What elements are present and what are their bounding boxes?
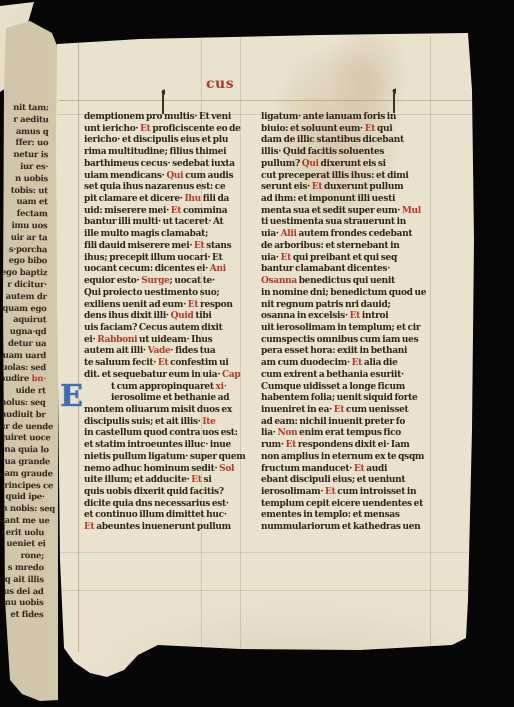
manuscript-line: nu uobis — [0, 598, 44, 610]
manuscript-line: pit clamare et dicere· Ihu fili da — [84, 194, 256, 206]
ruling-line-horizontal — [58, 590, 468, 591]
manuscript-line: ur de uende — [0, 421, 45, 433]
manuscript-line: autem ait illi· Vade· fides tua — [84, 346, 256, 358]
manuscript-line: rima multitudine; filius thimei — [84, 147, 256, 159]
manuscript-line: detur ua — [0, 339, 46, 351]
manuscript-line: non amplius in eternum ex te qsqm — [261, 452, 433, 464]
text-column-right: ligatum· ante ianuam foris inbiuio: et s… — [261, 112, 433, 534]
manuscript-line: uia· Et qui preibant et qui seq — [261, 253, 433, 265]
manuscript-line: nietis pullum ligatum· super quem — [84, 452, 256, 464]
manuscript-line: montem oliuarum misit duos ex — [84, 405, 256, 417]
manuscript-line: quid ipe· — [0, 492, 45, 504]
manuscript-line: rum· Et respondens dixit ei· Iam — [261, 440, 433, 452]
running-title: cus — [206, 76, 250, 92]
manuscript-line: ligatum· ante ianuam foris in — [261, 112, 433, 124]
manuscript-line: fructum manducet· Et audi — [261, 464, 433, 476]
manuscript-line: biuio: et soluunt eum· Et qui — [261, 124, 433, 136]
manuscript-line: uit ierosolimam in templum; et cir — [261, 323, 433, 335]
manuscript-line: in castellum quod contra uos est: — [84, 428, 256, 440]
manuscript-line: nit regnum patris nri dauid; — [261, 300, 433, 312]
manuscript-line: r dicitur· — [1, 280, 47, 292]
manuscript-line: ierosolimam· Et cum introisset in — [261, 487, 433, 499]
manuscript-line: amus q — [2, 126, 48, 138]
manuscript-line: s mredo — [0, 563, 44, 575]
manuscript-photo: nit tam:r aedituamus qffer: uonetur isiu… — [0, 0, 514, 707]
manuscript-line: exiliens uenit ad eum· Et respon — [84, 300, 256, 312]
manuscript-line: de arboribus: et sternebant in — [261, 241, 433, 253]
manuscript-line: uite illum; et adducite· Et si — [84, 475, 256, 487]
manuscript-line: menta sua et sedit super eum· Mul — [261, 206, 433, 218]
manuscript-line: uis faciam? Cecus autem dixit — [84, 323, 256, 335]
manuscript-line: fectam — [1, 209, 47, 221]
text-column-left: demptionem pro multis· Et veniunt ierich… — [84, 112, 256, 534]
manuscript-line: ad ihm: et imponunt illi uesti — [261, 194, 433, 206]
manuscript-line: dit. et sequebatur eum in uia· Cap — [84, 370, 256, 382]
manuscript-line: nummulariorum et kathedras uen — [261, 522, 433, 534]
manuscript-line: us dei ad — [0, 586, 44, 598]
manuscript-line: et fides — [0, 610, 43, 622]
main-page: cus demptionem pro multis· Et veniunt ie… — [0, 0, 514, 707]
manuscript-line: uiam mendicans· Qui cum audis — [84, 171, 256, 183]
manuscript-line: rone; — [0, 551, 44, 563]
manuscript-line: erit uolu — [0, 527, 44, 539]
manuscript-line: uir ar ta — [1, 233, 47, 245]
manuscript-line: ihus; precepit illum uocari· Et — [84, 253, 256, 265]
manuscript-line: bantur clamabant dicentes· — [261, 264, 433, 276]
manuscript-line: Qui proiecto uestimento suo; — [84, 288, 256, 300]
manuscript-line: ad eam: nichil inuenit preter fo — [261, 417, 433, 429]
manuscript-line: pam graude — [0, 468, 45, 480]
manuscript-line: quiret uoce — [0, 433, 45, 445]
manuscript-line: habentem folia; uenit siquid forte — [261, 393, 433, 405]
manuscript-line: ego bibo — [1, 256, 47, 268]
manuscript-line: in nobis: seq — [0, 504, 45, 516]
manuscript-line: Et abeuntes inuenerunt pullum — [84, 522, 256, 534]
manuscript-line: uide rt — [0, 386, 46, 398]
manuscript-line: cut preceperat illis ihus: et dimi — [261, 171, 433, 183]
manuscript-line: ugna·qd — [0, 327, 46, 339]
manuscript-line: illis· Quid facitis soluentes — [261, 147, 433, 159]
manuscript-line: autem dr — [1, 292, 47, 304]
manuscript-line: r aeditu — [2, 115, 48, 127]
manuscript-line: Cumque uidisset a longe ficum — [261, 382, 433, 394]
manuscript-line: imu uos — [1, 221, 47, 233]
manuscript-line: uocant cecum: dicentes ei· Ani — [84, 264, 256, 276]
manuscript-line: dam de illic stantibus dicebant — [261, 135, 433, 147]
manuscript-line: iur es· — [2, 162, 48, 174]
manuscript-line: quam ego — [0, 303, 46, 315]
manuscript-line: ei· Rabboni ut uideam· Ihus — [84, 335, 256, 347]
facing-page-text: nit tam:r aedituamus qffer: uonetur isiu… — [0, 103, 49, 623]
manuscript-line: cumspectis omnibus cum iam ues — [261, 335, 433, 347]
manuscript-line: netur is — [2, 150, 48, 162]
manuscript-line: uid: miserere mei· Et commina — [84, 206, 256, 218]
manuscript-line: ti uestimenta sua strauerunt in — [261, 217, 433, 229]
manuscript-line: set quia ihus nazarenus est: ce — [84, 182, 256, 194]
manuscript-line: et continuo illum dimittet huc· — [84, 510, 256, 522]
manuscript-line: iericho· et discipulis eius et plu — [84, 135, 256, 147]
manuscript-line: ierosolime et bethanie ad — [84, 393, 256, 405]
manuscript-line: bantur illi multi· ut taceret· At — [84, 217, 256, 229]
manuscript-line: Osanna benedictus qui uenit — [261, 276, 433, 288]
manuscript-line: lia· Non enim erat tempus fico — [261, 428, 433, 440]
chapter-initial: E — [57, 384, 86, 409]
manuscript-line: nit tam: — [3, 103, 49, 115]
manuscript-line: ona quia lo — [0, 445, 45, 457]
manuscript-line: ille multo magis clamabat; — [84, 229, 256, 241]
manuscript-line: in nomine dni; benedictum quod ue — [261, 288, 433, 300]
ascender-flourish — [162, 90, 164, 114]
manuscript-line: nemo adhuc hominum sedit· Sol — [84, 464, 256, 476]
manuscript-line: dens ihus dixit illi· Quid tibi — [84, 311, 256, 323]
manuscript-line: serunt eis· Et duxerunt pullum — [261, 182, 433, 194]
ruling-line-vertical — [78, 36, 79, 652]
manuscript-line: ementes in templo: et mensas — [261, 510, 433, 522]
manuscript-line: s·porcha — [1, 244, 47, 256]
manuscript-line: dicite quia dns necessarius est· — [84, 499, 256, 511]
manuscript-line: fiant me ue — [0, 516, 44, 528]
manuscript-line: aquirut — [0, 315, 46, 327]
manuscript-line: audire bn· — [0, 374, 46, 386]
manuscript-line: cum exirent a bethania esuriit· — [261, 370, 433, 382]
manuscript-line: am cum duodecim· Et alia die — [261, 358, 433, 370]
manuscript-line: ebant discipuli eius; et ueniunt — [261, 475, 433, 487]
manuscript-line: tobis: ut — [2, 185, 48, 197]
manuscript-line: fili dauid miserere mei· Et stans — [84, 241, 256, 253]
manuscript-line: n uobis — [2, 174, 48, 186]
manuscript-line: equior esto· Surge; uocat te· — [84, 276, 256, 288]
manuscript-line: p ueniet ei — [0, 539, 44, 551]
ruling-line-horizontal — [58, 552, 470, 553]
ascender-flourish — [393, 89, 395, 113]
manuscript-line: osanna in excelsis· Et introi — [261, 311, 433, 323]
manuscript-line: unt iericho· Et proficiscente eo de — [84, 124, 256, 136]
manuscript-line: pullum? Qui dixerunt eis si — [261, 159, 433, 171]
manuscript-line: principes ce — [0, 480, 45, 492]
manuscript-line: uam et — [2, 197, 48, 209]
manuscript-line: demptionem pro multis· Et veni — [84, 112, 256, 124]
manuscript-line: q ait illis — [0, 575, 44, 587]
manuscript-line: quis uobis dixerit quid facitis? — [84, 487, 256, 499]
ruling-line-horizontal — [58, 100, 472, 101]
manuscript-line: discipulis suis; et ait illis· Ite — [84, 417, 256, 429]
manuscript-line: uia· Alii autem frondes cedebant — [261, 229, 433, 241]
manuscript-line: templum cepit eicere uendentes et — [261, 499, 433, 511]
manuscript-line: audiuit br — [0, 409, 46, 421]
manuscript-line: qua grande — [0, 457, 45, 469]
manuscript-line: ego baptiz — [1, 268, 47, 280]
manuscript-line: barthimeus cecus· sedebat iuxta — [84, 159, 256, 171]
manuscript-line: uolas: sed — [0, 362, 46, 374]
manuscript-line: pera esset hora: exiit in bethani — [261, 346, 433, 358]
manuscript-line: t cum appropinquaret xi· — [84, 382, 256, 394]
manuscript-line: et statim introeuntes illuc· inue — [84, 440, 256, 452]
manuscript-line: te saluum fecit· Et confestim ui — [84, 358, 256, 370]
manuscript-line: nolus: seq — [0, 398, 46, 410]
manuscript-line: inueniret in ea· Et cum uenisset — [261, 405, 433, 417]
manuscript-line: ffer: uo — [2, 138, 48, 150]
manuscript-line: uam uard — [0, 350, 46, 362]
